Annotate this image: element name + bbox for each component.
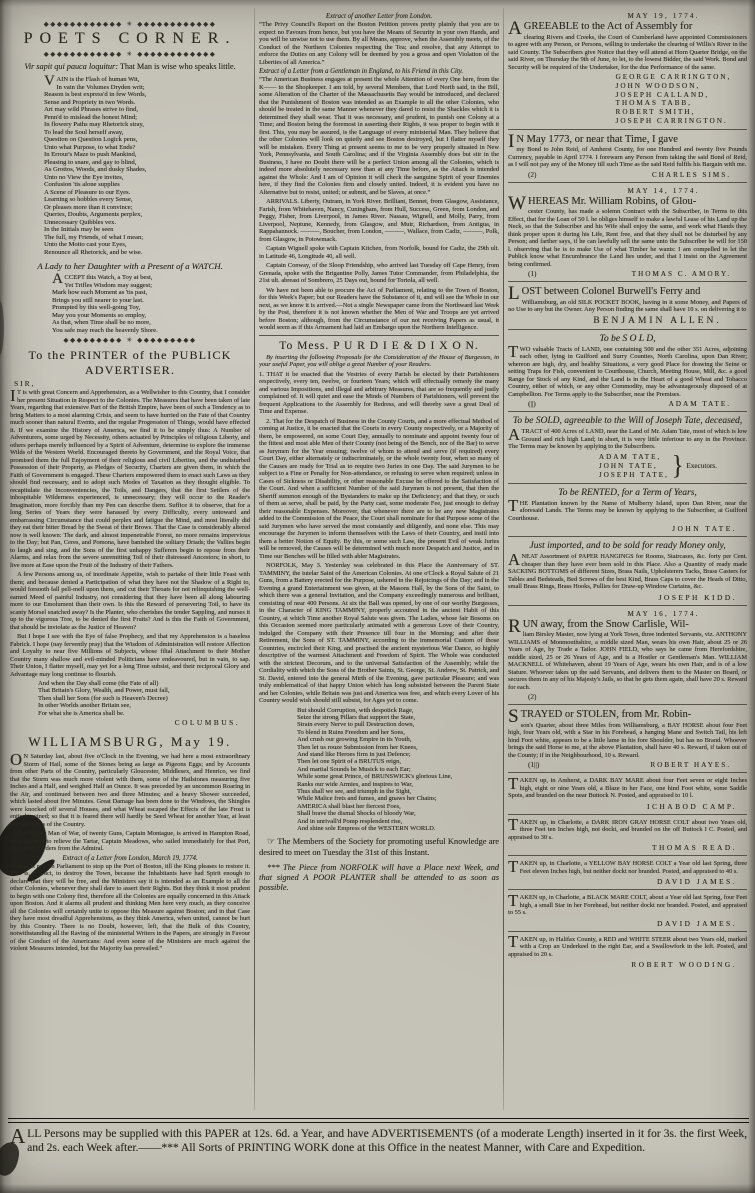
ad-signature-row: (2) — [528, 693, 731, 701]
ship-news-paragraph: Captain Wignell spoke with Captain Kitch… — [259, 245, 499, 260]
ad-marker: (2) — [528, 693, 536, 701]
poem-line: Pleasing to snare, and gay to blind, — [44, 159, 250, 167]
ad-signature-list: GEORGE CARRINGTON,JOHN WOODSON,JOSEPH CA… — [616, 73, 747, 126]
ad-signature: THOMAS TABB, — [616, 99, 747, 108]
williamsburg-dateline: WILLIAMSBURG, May 19. — [10, 734, 250, 750]
letter-paragraph: But I hope I see with the Eye of false P… — [10, 633, 250, 678]
poem-line: Question on Question Logick pens, — [44, 136, 250, 144]
ad-lost-pocket-book: LOST between Colonel Burwell's Ferry and… — [508, 286, 747, 326]
subscription-banner: ALL Persons may be supplied with this PA… — [8, 1118, 749, 1155]
ad-clearing-rivers: MAY 19, 1774. AGREEABLE to the Act of As… — [508, 12, 747, 126]
extract-body: “The Privy Council's Report on the Bosto… — [259, 21, 499, 66]
banner-rule — [8, 1118, 749, 1123]
ad-bond-forewarning: IN May 1773, or near that Time, I gave m… — [508, 134, 747, 179]
poem-line: Unto no View the Eye invites, — [44, 174, 250, 182]
ad-body: TAKEN up, in Charlotte, a YELLOW BAY HOR… — [508, 860, 747, 875]
right-column: MAY 19, 1774. AGREEABLE to the Act of As… — [508, 8, 747, 1110]
poem-line: In Errour's Maze to push Mankind, — [44, 151, 250, 159]
news-paragraph-fowey: The Fowey Man of War, of twenty Guns, Ca… — [10, 830, 250, 853]
section-rule — [508, 411, 747, 412]
ad-signature: ADAM TATE. — [669, 400, 731, 408]
subscription-notice: ALL Persons may be supplied with this PA… — [10, 1128, 747, 1156]
ink-blot — [0, 300, 4, 356]
poem-line: May you your Moments so employ, — [52, 312, 250, 320]
poem-line: ACCEPT this Watch, a Toy at best, — [52, 274, 250, 282]
ad-taken-up-mare-colt: TAKEN up, in Charlotte, a BLACK MARE COL… — [508, 894, 747, 928]
ad-signature: ROBERT HAYES. — [650, 761, 731, 769]
verse-line: But should Corruption, with despotick Ra… — [297, 707, 499, 714]
watch-poem-title: A Lady to her Daughter with a Present of… — [10, 261, 250, 271]
poem-line: In the Initials may be seen — [44, 226, 250, 234]
extract-body: “A Bill is now in Parliament to stop up … — [10, 863, 250, 953]
poem-line: As that, when Time shall be no more, — [52, 319, 250, 327]
ad-taken-up-gray-colt: TAKEN up, in Charlotte, a DARK IRON GRAY… — [508, 819, 747, 853]
verse-line: Ranks our wide Armies, and inspires to W… — [297, 781, 499, 788]
verse-line: And shine sole Empress of the WESTERN WO… — [297, 825, 499, 832]
ad-signature-row: (1) THOMAS C. AMORY. — [528, 270, 731, 278]
section-rule — [508, 182, 747, 183]
ad-signature: ROBERT WOODING. — [508, 960, 737, 969]
verse-line: Shall brave the dismal Shocks of bloody … — [297, 810, 499, 817]
ad-signature: JOHN TATE, — [599, 462, 669, 471]
ad-body: son's Quarter, about three Miles from Wi… — [508, 722, 747, 760]
ad-signature: GEORGE CARRINGTON, — [616, 73, 747, 82]
poem-line: Brings you still nearer to your last. — [52, 297, 250, 305]
letter-paragraph: A few Persons among us, of inordinate Ap… — [10, 571, 250, 631]
section-rule — [508, 772, 747, 773]
executors-block: ADAM TATE,JOHN TATE,JOSEPH TATE, } Execu… — [599, 453, 747, 480]
poem-line: Or pleases more than it convince; — [44, 204, 250, 212]
poem-line: Penn'd to mislead the honest Mind; — [44, 114, 250, 122]
verse-line: To blend in Ruins Freedom and her Sons, — [297, 729, 499, 736]
column-rule — [254, 8, 255, 1110]
ad-lead: LOST between Colonel Burwell's Ferry and — [508, 286, 747, 298]
ad-body: TWO valuable Tracts of LAND, one contain… — [508, 346, 747, 399]
ornament-row: ◆◆◆◆◆◆◆◆◆◆◆◆ ✳ ◆◆◆◆◆◆◆◆◆◆◆◆ — [10, 20, 250, 28]
society-notice: ☞ The Members of the Society for promoti… — [259, 837, 499, 857]
society-notice-text: The Members of the Society for promoting… — [259, 837, 499, 856]
ad-signature: BENJAMIN ALLEN. — [568, 316, 747, 326]
extract-heading: Extract of a Letter from a Gentleman in … — [259, 68, 499, 75]
poem-line: Renounce all Rhetorick, and be wise. — [44, 249, 250, 257]
printer-heading-line2: ADVERTISER. — [85, 363, 175, 377]
verse-line: Then shall her Sons (for such is Heaven'… — [38, 695, 250, 702]
ad-marker: (2) — [528, 171, 536, 179]
ad-body: my Bond to John Reid, of Amherst County,… — [508, 146, 747, 169]
poem-line: Mark how each Moment as 'tis past, — [52, 289, 250, 297]
poem-line: Queries, Doubts, Arguments perplex, — [44, 211, 250, 219]
poem-line: Confusion 'tis alone supplies — [44, 181, 250, 189]
ad-plantation-rental: To be RENTED, for a Term of Years, THE P… — [508, 488, 747, 534]
poem-line: In vain the Volumes Dryden writ; — [44, 84, 250, 92]
column-layout: ◆◆◆◆◆◆◆◆◆◆◆◆ ✳ ◆◆◆◆◆◆◆◆◆◆◆◆ POETS CORNER… — [10, 8, 747, 1110]
ad-body: TAKEN up, in Charlotte, a DARK IRON GRAY… — [508, 819, 747, 842]
ad-taken-up-bay-colt: TAKEN up, in Charlotte, a YELLOW BAY HOR… — [508, 860, 747, 886]
ad-body: cester County, has made a solemn Contrac… — [508, 208, 747, 268]
poem-line: To lead the Soul herself away, — [44, 129, 250, 137]
section-rule — [508, 281, 747, 282]
ad-signature: ROBERT SMITH, — [616, 108, 747, 117]
verse-line: In other Worlds another Britain see, — [38, 702, 250, 709]
ad-whereas-robins: MAY 14, 1774. WHEREAS Mr. William Robins… — [508, 187, 747, 279]
ad-dateline: MAY 16, 1774. — [628, 610, 748, 618]
ad-taken-up-mare: TAKEN up, in Amherst, a DARK BAY MARE ab… — [508, 777, 747, 811]
verse-line: Then let us rouze Submission from her Kn… — [297, 744, 499, 751]
poem-line: Prompted by this well-going Toy, — [52, 304, 250, 312]
newspaper-page: ◆◆◆◆◆◆◆◆◆◆◆◆ ✳ ◆◆◆◆◆◆◆◆◆◆◆◆ POETS CORNER… — [0, 0, 755, 1193]
poem-line: You safe may reach the heavenly Shore. — [52, 327, 250, 335]
ornament-row: ◆◆◆◆◆◆◆◆◆◆◆◆ ✳ ◆◆◆◆◆◆◆◆◆◆◆◆ — [10, 50, 250, 58]
pointing-hand-icon: ☞ — [267, 837, 275, 847]
poem-line: In flowery Paths may Rhetorick stray, — [44, 121, 250, 129]
poem-line: Yet Trifles Wisdom may suggest; — [52, 282, 250, 290]
section-rule — [508, 483, 747, 484]
proposal-paragraph: 1. THAT it be enacted that the Vestries … — [259, 371, 499, 416]
section-rule — [508, 704, 747, 705]
ad-lead: IN May 1773, or near that Time, I gave — [508, 134, 747, 146]
poem-line: As Grottos, Woods, and dusky Shades, — [44, 166, 250, 174]
verse-line: For what she is America shall be. — [38, 710, 250, 717]
section-rule — [508, 814, 747, 815]
section-rule — [508, 536, 747, 537]
ad-lead: STRAYED or STOLEN, from Mr. Robin- — [508, 709, 747, 721]
section-rule — [508, 329, 747, 330]
ad-lead: AGREEABLE to the Act of Assembly for — [508, 21, 747, 33]
purdie-dixon-intro: By inserting the following Proposals for… — [259, 354, 499, 369]
norfolk-news-paragraph: NORFOLK, May 3. Yesterday was celebrated… — [259, 562, 499, 705]
printer-heading-line1: To the PRINTER of the PUBLICK — [29, 348, 232, 362]
column-rule — [503, 8, 504, 1110]
ad-heading: To be SOLD, agreeable to the Will of Jos… — [508, 416, 747, 427]
ad-signature-row: (2) CHARLES SIMS. — [528, 171, 731, 179]
ad-body: clearing Rivers and Creeks, the Court of… — [508, 34, 747, 72]
ad-body: Williamsburg, an old SILK POCKET BOOK, h… — [508, 299, 747, 314]
watch-poem: ACCEPT this Watch, a Toy at best,Yet Tri… — [52, 274, 250, 334]
editor-note: *** The Piece from NORFOLK will have a P… — [259, 863, 499, 894]
ad-heading: To be S O L D, — [508, 334, 747, 345]
letter-verse: And when the Day shall come (the Fate of… — [38, 680, 250, 717]
executor-names: ADAM TATE,JOHN TATE,JOSEPH TATE, — [599, 453, 669, 479]
ad-tate-will-sale: To be SOLD, agreeable to the Will of Jos… — [508, 416, 747, 480]
poem-line: Sense and Propriety in two Words. — [44, 99, 250, 107]
ornament-row: ◆◆◆◆◆◆◆◆◆ ✳ ◆◆◆◆◆◆◆◆◆ — [10, 336, 250, 344]
extract-heading: Extract of another Letter from London. — [259, 13, 499, 20]
ad-heading: To be RENTED, for a Term of Years, — [508, 488, 747, 499]
verse-line: Seize the strong Pillars that support th… — [297, 714, 499, 721]
poem-line: Reason is best express'd in few Words, — [44, 91, 250, 99]
ad-taken-up-steer: TAKEN up, in Halifax County, a RED and W… — [508, 936, 747, 970]
purdie-dixon-heading: To Mess. P U R D I E & D I X O N. — [259, 340, 499, 352]
letter-signature: COLUMBUS. — [10, 718, 240, 727]
verse-line: And in unrivall'd Pomp resplendent rise, — [297, 818, 499, 825]
ad-lead: RUN away, from the Snow Carlisle, Wil- — [508, 619, 747, 631]
ad-signature-row: (||) ADAM TATE. — [528, 400, 731, 408]
ad-signature: ICHABOD CAMP. — [508, 802, 737, 811]
motto-english: That Man is wise who speaks little. — [120, 62, 236, 71]
ad-signature: CHARLES SIMS. — [652, 171, 731, 179]
ad-runaway-servants: MAY 16, 1774. RUN away, from the Snow Ca… — [508, 610, 747, 702]
poem-line: Unto the Motto cast your Eyes, — [44, 241, 250, 249]
verse-line: That Britain's Glory, Wealth, and Power,… — [38, 687, 250, 694]
ad-marker: (1) — [528, 270, 536, 278]
poem-line: VAIN is the Flash of human Wit, — [44, 76, 250, 84]
arrivals-paragraph: ARRIVALS. Liberty, Outram, in York River… — [259, 198, 499, 243]
letter-paragraph: IT is with great Concern and Apprehensio… — [10, 389, 250, 569]
poem-line: The full, my Friends, of what I mean; — [44, 234, 250, 242]
brace-glyph: } — [672, 451, 684, 482]
middle-column: Extract of another Letter from London. “… — [259, 8, 499, 1110]
extract-heading: Extract of a Letter from London, March 1… — [10, 855, 250, 862]
ad-signature: JOSEPH TATE, — [599, 471, 669, 480]
verse-line: While some great Prince, of BRUNSWICK's … — [297, 773, 499, 780]
ad-heading: Just imported, and to be sold for ready … — [508, 541, 747, 552]
section-rule — [508, 129, 747, 130]
ad-body: A TRACT of 400 Acres of LAND, near the L… — [508, 428, 747, 451]
ad-signature: JOHN WOODSON, — [616, 82, 747, 91]
extract-body: “The American Business engages at presen… — [259, 76, 499, 196]
ad-marker: (1||) — [528, 761, 539, 769]
verse-line: Then let one Spirit of a BRUTUS reign, — [297, 758, 499, 765]
ad-signature: JOHN TATE. — [508, 524, 737, 533]
left-column: ◆◆◆◆◆◆◆◆◆◆◆◆ ✳ ◆◆◆◆◆◆◆◆◆◆◆◆ POETS CORNER… — [10, 8, 250, 1110]
proposal-paragraph: 2. That for the Despatch of Business in … — [259, 418, 499, 561]
poem-line: Learning so hobbles every Sense, — [44, 196, 250, 204]
ad-dateline: MAY 14, 1774. — [628, 187, 748, 195]
ad-signature: THOMAS C. AMORY. — [632, 270, 731, 278]
section-rule — [508, 931, 747, 932]
ad-signature: DAVID JAMES. — [508, 877, 737, 886]
ad-signature-row: (1||) ROBERT HAYES. — [528, 761, 731, 769]
section-rule — [508, 889, 747, 890]
ad-body: A NEAT Assortment of PAPER HANGINGS for … — [508, 553, 747, 591]
motto-latin: Vir sapit qui pauca loquitur: — [24, 62, 118, 71]
verse-line: Strain every Nerve to pull Destruction d… — [297, 721, 499, 728]
ad-signature: THOMAS READ. — [508, 843, 737, 852]
ad-signature: JOSEPH CARRINGTON. — [616, 117, 747, 126]
ad-marker: (||) — [528, 400, 536, 408]
ad-body: THE Plantation known by the Name of Mulb… — [508, 500, 747, 523]
section-rule — [508, 605, 747, 606]
ad-land-for-sale: To be S O L D, TWO valuable Tracts of LA… — [508, 334, 747, 409]
ad-body: TAKEN up, in Charlotte, a BLACK MARE COL… — [508, 894, 747, 917]
ad-body: TAKEN up, in Halifax County, a RED and W… — [508, 936, 747, 959]
ad-body: TAKEN up, in Amherst, a DARK BAY MARE ab… — [508, 777, 747, 800]
ad-lead: WHEREAS Mr. William Robins, of Glou- — [508, 196, 747, 208]
ad-strayed-horse: STRAYED or STOLEN, from Mr. Robin- son's… — [508, 709, 747, 769]
poem-line: Unto what Purpose, to what Ends? — [44, 144, 250, 152]
printer-letter-heading: To the PRINTER of the PUBLICK ADVERTISER… — [10, 348, 250, 377]
news-paragraph-hailstorm: ON Saturday last, about five o'Clock in … — [10, 753, 250, 828]
poets-motto: Vir sapit qui pauca loquitur: That Man i… — [12, 62, 248, 71]
section-rule — [508, 855, 747, 856]
verse-line: While Malice frets and fumes, and gnaws … — [297, 795, 499, 802]
poem-on-wit: VAIN is the Flash of human Wit,In vain t… — [44, 76, 250, 256]
poem-line: Art may wild Phrases strive to find, — [44, 106, 250, 114]
executors-label: Executors. — [686, 462, 717, 470]
ad-paper-hangings: Just imported, and to be sold for ready … — [508, 541, 747, 602]
ad-signature: DAVID JAMES. — [508, 919, 737, 928]
ad-signature: ADAM TATE, — [599, 453, 669, 462]
poem-line: Unnecessary Quibbles vex. — [44, 219, 250, 227]
ad-dateline: MAY 19, 1774. — [628, 12, 748, 20]
ad-signature: JOSEPH KIDD. — [508, 593, 737, 602]
ad-body: liam Birsley Master, now lying at York T… — [508, 631, 747, 691]
ship-news-paragraph: We have not been able to procure the Act… — [259, 287, 499, 332]
poem-line: A Scene of Pleasure to our Eyes. — [44, 189, 250, 197]
norfolk-verse: But should Corruption, with despotick Ra… — [297, 707, 499, 833]
letter-salutation: SIR, — [14, 379, 250, 388]
poets-corner-title: POETS CORNER. — [10, 30, 250, 48]
verse-line: And crush our growing Empire in its Yout… — [297, 736, 499, 743]
ship-news-paragraph: Captain Conway, of the Sloop Friendship,… — [259, 262, 499, 285]
section-rule — [259, 335, 499, 336]
